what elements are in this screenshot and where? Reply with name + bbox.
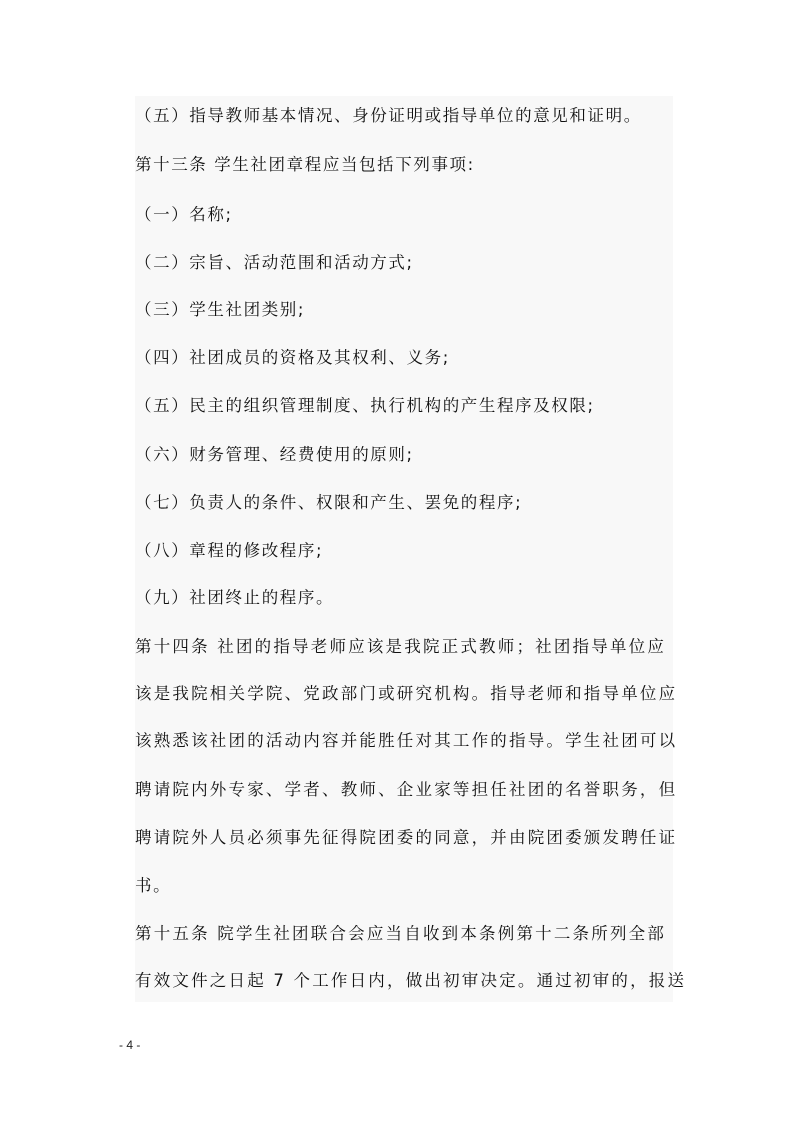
article-14-line-6: 书。	[135, 876, 675, 896]
article-14-line-4: 聘请院内外专家、学者、教师、企业家等担任社团的名誉职务，但	[135, 780, 675, 800]
article-13-item-4: （四）社团成员的资格及其权利、义务;	[135, 348, 675, 368]
article-13-item-6: （六）财务管理、经费使用的原则;	[135, 445, 675, 465]
article-14-line-5: 聘请院外人员必须事先征得院团委的同意，并由院团委颁发聘任证	[135, 828, 675, 848]
article-13-item-3: （三）学生社团类别;	[135, 300, 675, 320]
article-14-line-3: 该熟悉该社团的活动内容并能胜任对其工作的指导。学生社团可以	[135, 731, 675, 751]
article-15-line-1: 第十五条 院学生社团联合会应当自收到本条例第十二条所列全部	[135, 924, 675, 944]
article-13-heading: 第十三条 学生社团章程应当包括下列事项:	[135, 155, 675, 175]
article-13-item-5: （五）民主的组织管理制度、执行机构的产生程序及权限;	[135, 396, 675, 416]
article-13-item-7: （七）负责人的条件、权限和产生、罢免的程序;	[135, 493, 675, 513]
article-13-item-1: （一）名称;	[135, 205, 675, 225]
article-13-item-2: （二）宗旨、活动范围和活动方式;	[135, 253, 675, 273]
article-15-line-2: 有效文件之日起 7 个工作日内，做出初审决定。通过初审的，报送	[135, 971, 675, 991]
clause-12-item-5: （五）指导教师基本情况、身份证明或指导单位的意见和证明。	[135, 106, 675, 126]
article-13-item-9: （九）社团终止的程序。	[135, 588, 675, 608]
page-number: - 4 -	[119, 1038, 140, 1052]
article-13-item-8: （八）章程的修改程序;	[135, 541, 675, 561]
article-14-line-2: 该是我院相关学院、党政部门或研究机构。指导老师和指导单位应	[135, 684, 675, 704]
article-14-line-1: 第十四条 社团的指导老师应该是我院正式教师；社团指导单位应	[135, 637, 675, 657]
